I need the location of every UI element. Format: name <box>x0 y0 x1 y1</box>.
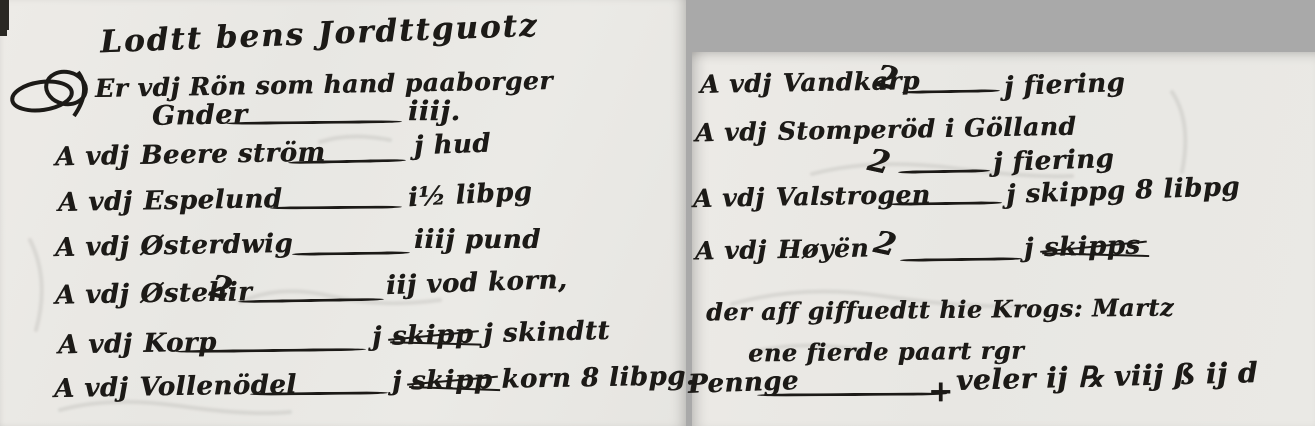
entry-value: iij vod korn, <box>386 267 568 301</box>
dash-plus-mark: + <box>928 376 954 408</box>
entry-line: A vdj Valstrogen <box>693 182 931 212</box>
entry-prefix: A vdj <box>695 237 767 264</box>
sum-value: veler ij ℞ viij ß ij d <box>956 358 1259 395</box>
entry-name: Stomperöd i Gölland <box>777 114 1076 145</box>
entry-line: A vdj Espelund <box>58 186 283 217</box>
entry-name: Høyën <box>777 235 869 263</box>
ghost-stroke <box>1172 92 1185 172</box>
entry-prefix: A vdj <box>55 281 130 310</box>
entry-line: A vdj Høyën <box>695 235 869 264</box>
ghost-stroke <box>30 240 42 330</box>
ghost-stroke <box>320 136 390 142</box>
entry-name: Østerdwig <box>140 231 293 261</box>
entry-line: A vdj Østerdwig <box>55 231 294 262</box>
note-line: ene fierde paart rgr <box>748 338 1024 366</box>
entry-value-pre: j <box>1024 235 1035 263</box>
entry-name: Valstrogen <box>775 182 930 211</box>
strikethrough-value: skipp <box>392 321 474 350</box>
entry-name: Vollenödel <box>139 372 297 402</box>
entry-name: Østehir <box>140 279 252 308</box>
manuscript-scan: Lodtt bens Jordttguotz Er vdj Rön som ha… <box>0 0 1315 426</box>
entry-prefix: A vdj <box>55 234 130 263</box>
entry-value-group: j skipp korn 8 libpg. <box>392 363 696 396</box>
entry-name: Beere ström <box>140 140 326 171</box>
entry-line: A vdj Stomperöd i Gölland <box>695 114 1077 147</box>
entry-prefix: A vdj <box>700 71 772 98</box>
entry-value-pre: j <box>372 324 383 352</box>
entry-prefix: A vdj <box>695 119 767 146</box>
entry-value: j fiering <box>993 146 1115 178</box>
entry-prefix: A vdj <box>55 143 130 172</box>
entry-value: j hud <box>414 131 492 161</box>
entry-prefix: A vdj <box>58 189 133 218</box>
entry-value: j fiering <box>1004 70 1126 102</box>
note-line: der aff giffuedtt hie Krogs: Martz <box>706 295 1174 325</box>
entry-value-group: j skipps <box>1024 232 1141 262</box>
entry-line: A vdj Korp <box>58 330 217 360</box>
flourish-loop <box>10 78 73 114</box>
ghost-stroke <box>60 402 290 413</box>
entry-line: A vdj Vollenödel <box>54 372 297 404</box>
entry-value-group: j skipp j skindtt <box>372 318 611 352</box>
entry-name: Korp <box>143 330 217 359</box>
entry-name: Gnder <box>152 101 248 131</box>
entry-value: iiij pund <box>414 227 541 254</box>
entry-prefix: A vdj <box>693 185 765 212</box>
entry-value: iiij. <box>408 98 460 126</box>
entry-value: i½ libpg <box>407 179 533 213</box>
page-scan-left: Lodtt bens Jordttguotz Er vdj Rön som ha… <box>0 0 686 426</box>
entry-line: A vdj Beere ström <box>55 140 326 172</box>
scan-artifact <box>0 0 9 30</box>
entry-value-pre: j <box>392 368 402 395</box>
entry-value: j skindtt <box>483 318 610 349</box>
entry-prefix: A vdj <box>58 331 133 360</box>
entry-value: korn 8 libpg. <box>501 363 695 394</box>
entry-prefix: A vdj <box>54 375 129 404</box>
strikethrough-value: skipps <box>1044 232 1141 262</box>
strikethrough-value: skipp <box>411 367 493 396</box>
initial-flourish <box>8 64 108 120</box>
entry-name: Espelund <box>143 186 283 216</box>
